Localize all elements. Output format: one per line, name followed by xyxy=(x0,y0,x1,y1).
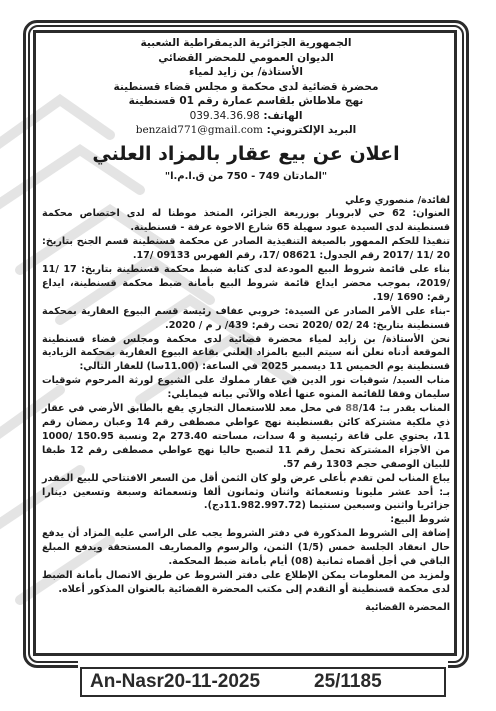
more-info: ولمزيد من المعلومات يمكن الإطلاع على دفت… xyxy=(42,569,450,597)
announcement-body: لفائدة/ منصوري وعلي العنوان: 62 حي لابرو… xyxy=(42,194,450,597)
reference-number: 25/1185 xyxy=(310,671,382,693)
auction-notice: نحن الأستاذة/ بن زايد لمياء محضرة قضائية… xyxy=(42,333,450,375)
country-name: الجمهورية الجزائرية الديمقراطية الشعبية xyxy=(42,36,450,51)
bailiff-name: الأستاذة/ بن زايد لمياء xyxy=(42,65,450,80)
publication-date: An-Nasr20-11-2025 xyxy=(82,671,310,693)
judgment-reference: تنفيذا للحكم الممهور بالصيغة التنفيذية ا… xyxy=(42,235,450,263)
share-label: المناب يقدر بـ: xyxy=(376,403,450,414)
beneficiary: لفائدة/ منصوري وعلي xyxy=(42,194,450,208)
publication-footer: An-Nasr20-11-2025 25/1185 xyxy=(80,667,446,697)
property-description: المناب يقدر بـ: 88/14 في محل معد للاستعم… xyxy=(42,402,450,472)
email-line: البريد الإلكتروني: benzaid771@gmail.com xyxy=(42,123,450,138)
court-order: -بناء على الأمر الصادر عن السيدة: خروبي … xyxy=(42,305,450,333)
signature: المحضرة القضائية xyxy=(42,601,450,615)
beneficiary-address: العنوان: 62 حي لابروبار بوزريعة الجزائر،… xyxy=(42,207,450,235)
bailiff-title: محضرة قضائية لدى محكمة و مجلس قضاء قسنطي… xyxy=(42,80,450,95)
letterhead: الجمهورية الجزائرية الديمقراطية الشعبية … xyxy=(42,36,450,138)
conditions-heading: شروط البيع: xyxy=(42,513,450,527)
conditions-deposit: بناء على قائمة شروط البيع المودعة لدى كت… xyxy=(42,263,450,305)
property-share: مناب السيد/ شوقيات نور الدين في عقار ممل… xyxy=(42,374,450,402)
office-address: نهج ملاطاش بلقاسم عمارة رقم 01 قسنطينة xyxy=(42,94,450,109)
announcement-title: اعلان عن بيع عقار بالمزاد العلني xyxy=(42,141,450,167)
phone-label: الهاتف: xyxy=(263,110,302,122)
office-name: الديوان العمومي للمحضر القضائي xyxy=(42,51,450,66)
announcement-content: الجمهورية الجزائرية الديمقراطية الشعبية … xyxy=(42,36,450,615)
phone-number: 039.34.36.98 xyxy=(190,110,260,122)
email-address: benzaid771@gmail.com xyxy=(136,124,263,136)
sale-conditions: إضافة إلى الشروط المذكورة في دفتر الشروط… xyxy=(42,527,450,569)
share-highlight: 88 xyxy=(345,403,358,414)
email-label: البريد الإلكتروني: xyxy=(267,124,357,136)
legal-reference: "المادتان 749 - 750 من ق.ا.م.ا" xyxy=(42,170,450,184)
opening-price: يباع المناب لمن تقدم بأعلى عرض ولو كان ا… xyxy=(42,472,450,514)
phone-line: الهاتف: 039.34.36.98 xyxy=(42,109,450,124)
